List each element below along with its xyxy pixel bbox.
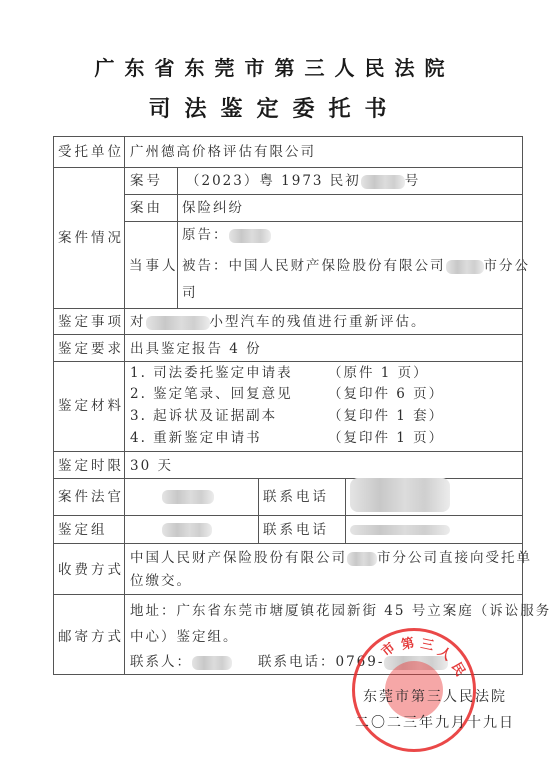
mailing-phone-label: 联系电话：: [258, 654, 336, 670]
case-judge-name: [162, 488, 214, 504]
redacted-contact-name: [192, 656, 232, 670]
appraisal-item-value: 对小型汽车的残值进行重新评估。: [130, 314, 427, 330]
redacted-plaintiff: [229, 229, 271, 243]
cause-value: 保险纠纷: [182, 200, 244, 216]
defendant-line-2: 司: [182, 285, 198, 301]
case-number-suffix: 号: [405, 173, 421, 189]
seal-arc-char-2: 第: [399, 632, 416, 653]
material-item-1: 1. 司法委托鉴定申请表: [130, 365, 293, 381]
material-item-4: 4. 重新鉴定申请书: [130, 430, 262, 446]
time-limit-label: 鉴定时限: [58, 458, 124, 474]
redacted-judge-name: [162, 490, 214, 504]
appraisal-group-name: [162, 521, 212, 537]
redacted-group-phone: [350, 525, 450, 535]
redacted-case-number: [361, 175, 405, 189]
requirement-value: 出具鉴定报告 4 份: [130, 341, 262, 357]
case-info-label: 案件情况: [58, 230, 124, 246]
defendant-suffix: 市分公: [484, 258, 531, 274]
redacted-judge-phone: [350, 478, 450, 512]
cause-label: 案由: [130, 200, 163, 216]
entrusted-unit-value: 广州德高价格评估有限公司: [130, 144, 316, 160]
case-judge-label: 案件法官: [58, 489, 124, 505]
seal-arc-char-5: 民: [448, 658, 471, 679]
appraisal-item-prefix: 对: [130, 314, 146, 330]
material-note-3: （复印件 1 套）: [328, 408, 444, 424]
defendant-line: 被告：中国人民财产保险股份有限公司市分公: [182, 258, 530, 274]
appraisal-group-phone: [350, 521, 450, 537]
case-judge-phone: [350, 478, 450, 512]
plaintiff-line: 原告：: [182, 227, 271, 243]
case-number-value: （2023）粤 1973 民初号: [186, 173, 420, 189]
appraisal-group-phone-label: 联系电话: [263, 522, 329, 538]
redacted-city-fee: [347, 552, 377, 566]
case-number-prefix: （2023）粤 1973 民初: [186, 173, 361, 189]
materials-label: 鉴定材料: [58, 398, 124, 414]
appraisal-group-label: 鉴定组: [58, 522, 108, 538]
material-item-2: 2. 鉴定笔录、回复意见: [130, 386, 293, 402]
requirement-label: 鉴定要求: [58, 341, 124, 357]
redacted-plate: [146, 316, 210, 330]
seal-arc-char-3: 三: [419, 633, 436, 654]
fee-method-label: 收费方式: [58, 562, 124, 578]
defendant-prefix: 中国人民财产保险股份有限公司: [229, 258, 446, 274]
document-title: 司法鉴定委托书: [0, 92, 549, 123]
mailing-address-line-2: 中心）鉴定组。: [130, 629, 239, 645]
defendant-label: 被告：: [182, 258, 229, 274]
parties-label: 当事人: [129, 258, 179, 274]
fee-method-line-1: 中国人民财产保险股份有限公司市分公司直接向受托单: [130, 550, 532, 566]
seal-arc-char-4: 人: [435, 641, 457, 664]
redacted-city: [446, 260, 484, 274]
fee-method-line-2: 位缴交。: [130, 573, 192, 589]
court-name: 广东省东莞市第三人民法院: [0, 52, 549, 81]
case-number-label: 案号: [130, 173, 163, 189]
issue-date: 二〇二三年九月十九日: [355, 712, 515, 732]
plaintiff-label: 原告：: [182, 227, 229, 243]
fee-method-suffix: 市分公司直接向受托单: [377, 550, 532, 566]
issuer-name: 东莞市第三人民法院: [363, 686, 507, 706]
seal-arc-char-1: 市: [376, 637, 398, 660]
contact-label: 联系人：: [130, 654, 192, 670]
appraisal-item-suffix: 小型汽车的残值进行重新评估。: [210, 314, 427, 330]
material-note-2: （复印件 6 页）: [328, 386, 444, 402]
appraisal-item-label: 鉴定事项: [58, 314, 124, 330]
material-note-1: （原件 1 页）: [328, 365, 429, 381]
material-note-4: （复印件 1 页）: [328, 430, 444, 446]
time-limit-value: 30 天: [130, 458, 173, 474]
mailing-contact-line: 联系人：: [130, 654, 232, 670]
material-item-3: 3. 起诉状及证据副本: [130, 408, 277, 424]
entrusted-unit-label: 受托单位: [58, 144, 124, 160]
case-judge-phone-label: 联系电话: [263, 489, 329, 505]
fee-method-prefix: 中国人民财产保险股份有限公司: [130, 550, 347, 566]
mailing-address-line-1: 地址：广东省东莞市塘厦镇花园新街 45 号立案庭（诉讼服务: [130, 603, 549, 619]
mailing-method-label: 邮寄方式: [58, 629, 124, 645]
redacted-group-name: [162, 523, 212, 537]
